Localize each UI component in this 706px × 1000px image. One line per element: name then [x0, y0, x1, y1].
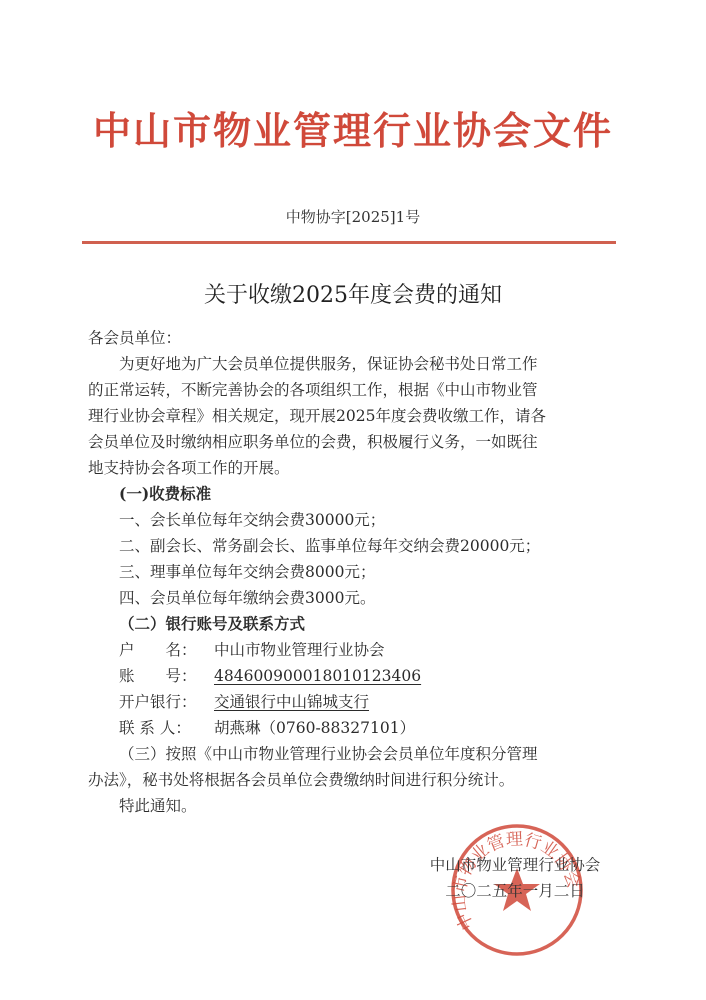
- intro-line: 的正常运转，不断完善协会的各项组织工作，根据《中山市物业管: [88, 377, 618, 403]
- bank-value: 交通银行中山锦城支行: [214, 689, 369, 715]
- contact-label: 联 系 人：: [119, 715, 214, 741]
- document-header-title: 中山市物业管理行业协会文件: [0, 100, 706, 155]
- contact-row: 联 系 人： 胡燕琳（0760-88327101）: [88, 715, 618, 741]
- section-bank-heading: （二）银行账号及联系方式: [88, 611, 618, 637]
- account-name-label: 户 名：: [119, 637, 214, 663]
- salutation: 各会员单位：: [88, 325, 618, 351]
- intro-line: 地支持协会各项工作的开展。: [88, 455, 618, 481]
- intro-line: 为更好地为广大会员单位提供服务，保证协会秘书处日常工作: [88, 351, 618, 377]
- account-number-row: 账 号： 484600900018010123406: [88, 663, 618, 689]
- signature-organization: 中山市物业管理行业协会: [400, 852, 630, 878]
- signature-date: 二〇二五年一月二日: [400, 878, 630, 904]
- account-name-value: 中山市物业管理行业协会: [214, 637, 385, 663]
- closing: 特此通知。: [88, 793, 618, 819]
- section-points-line: （三）按照《中山市物业管理行业协会会员单位年度积分管理: [88, 741, 618, 767]
- fee-item: 二、副会长、常务副会长、监事单位每年交纳会费20000元；: [88, 533, 618, 559]
- notice-body: 各会员单位： 为更好地为广大会员单位提供服务，保证协会秘书处日常工作 的正常运转…: [88, 325, 618, 819]
- account-name-row: 户 名： 中山市物业管理行业协会: [88, 637, 618, 663]
- intro-line: 理行业协会章程》相关规定，现开展2025年度会费收缴工作，请各: [88, 403, 618, 429]
- header-divider: [82, 241, 616, 244]
- fee-item: 三、理事单位每年交纳会费8000元；: [88, 559, 618, 585]
- notice-title: 关于收缴2025年度会费的通知: [0, 278, 706, 309]
- fee-item: 一、会长单位每年交纳会费30000元；: [88, 507, 618, 533]
- fee-item: 四、会员单位每年缴纳会费3000元。: [88, 585, 618, 611]
- section-points-line: 办法》，秘书处将根据各会员单位会费缴纳时间进行积分统计。: [88, 767, 618, 793]
- bank-row: 开户银行： 交通银行中山锦城支行: [88, 689, 618, 715]
- bank-label: 开户银行：: [119, 689, 214, 715]
- document-number: 中物协字[2025]1号: [0, 206, 706, 227]
- account-number-label: 账 号：: [119, 663, 214, 689]
- account-number-value: 484600900018010123406: [214, 663, 421, 689]
- contact-value: 胡燕琳（0760-88327101）: [214, 715, 415, 741]
- signature-block: 中山市物业管理行业协会 二〇二五年一月二日: [400, 852, 630, 904]
- section-fee-standard-heading: (一)收费标准: [88, 481, 618, 507]
- intro-line: 会员单位及时缴纳相应职务单位的会费，积极履行义务，一如既往: [88, 429, 618, 455]
